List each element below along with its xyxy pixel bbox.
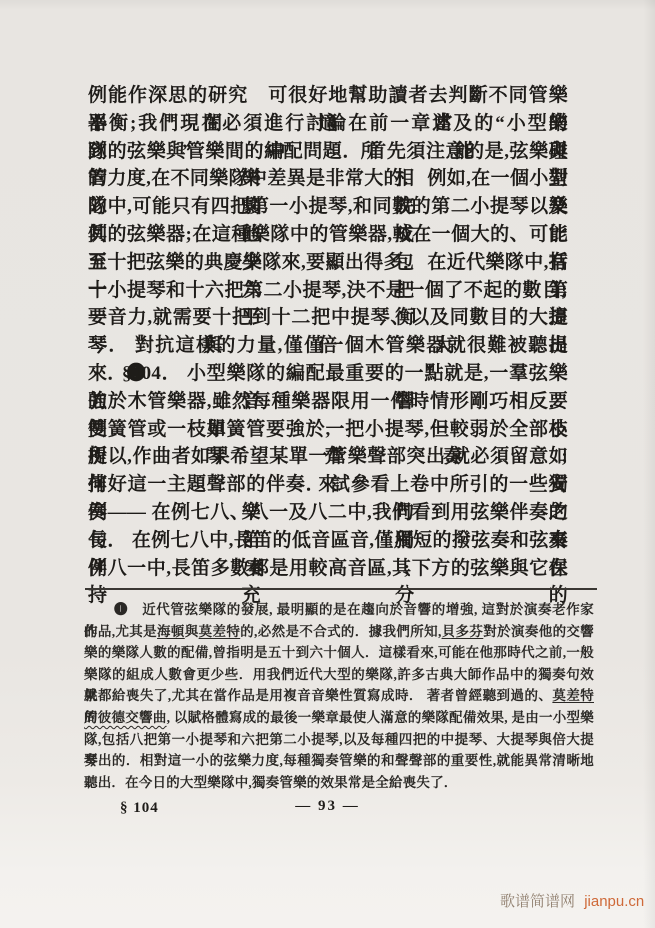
footnote-line: 隊,包括八把第一小提琴和六把第二小提琴,以及每種四把的中提琴、大提琴與倍大提琴 — [84, 729, 594, 751]
text-line: 排好這一主題聲部的伴奏． 試參看上卷中所引的一些獨奏樂句之 — [88, 471, 568, 499]
text-line: 雙簧管或一枝單簧管要強於一把小提琴,但較弱於全部小提琴齊奏; — [88, 416, 568, 444]
footnote-line: 周彼德交響曲, 以賦格體寫成的最後一樂章最使人滿意的樂隊配備效果, 是由一小型樂 — [84, 707, 594, 729]
footnote-text-segment: 作品,尤其是 — [84, 624, 157, 639]
text-line: 所以,作曲者如果希望某單一管樂聲部突出,就必須留意如何來安 — [88, 443, 568, 471]
main-text-block: 例能作深思的研究 可很好地幫助讀者去判斷不同管樂器間適當的 平衡;我們現在必須進… — [88, 82, 568, 582]
footnote-line: 聽出．在今日的大型樂隊中,獨奏管樂的效果常是全給喪失了． — [84, 772, 594, 794]
scanned-book-page: 例能作深思的研究 可很好地幫助讀者去判斷不同管樂器間適當的 平衡;我們現在必須進… — [0, 0, 655, 928]
text-line-section-start: §104． 小型樂隊的編配最重要的一點就是,一羣弦樂的音響要 — [88, 360, 568, 388]
footer-section-label: § 104 — [120, 800, 159, 817]
footnote-text-segment: 對於演奏他的交響 — [483, 624, 594, 639]
text-line: 句． 在例七八中,長笛的低音區音,僅用短的撥弦奏和弦來伴奏;在 — [88, 527, 568, 555]
footnote-divider-rule — [85, 588, 597, 590]
text-line: 隊中,可能只有四把第一小提琴,和同數的第二小提琴以及其他成比 — [88, 193, 568, 221]
footnote-text-segment: 就都給喪失了,尤其在當作品是用複音音樂性質寫成時． 著者曾經聽到過的、 — [84, 688, 552, 703]
footnote-line: 奏出的．相對這一小的弦樂力度,每種獨奏管樂的和聲聲部的重要性,就能異常清晰地 — [84, 750, 594, 772]
footnote-text-segment: 海頓 — [157, 624, 185, 639]
footnote-line: ❶ 近代管弦樂隊的發展, 最明顯的是在趨向於音響的增強, 這對於演奏老作家的 — [84, 599, 594, 621]
footnote-text-segment: 莫差特 — [552, 688, 594, 703]
text-line: 一小提琴和十六把第二小提琴,決不是一個了不起的數目;要平衡這 — [88, 277, 568, 305]
text-line: 例八一中,長笛多數都是用較高音區,其下方的弦樂與它保持充分的 — [88, 555, 568, 583]
footnote-text-segment: 周彼德交響曲 — [84, 710, 167, 725]
text-line: 強於木管樂器,雖然每種樂器限用一件時情形剛巧相反．例如,一枝 — [88, 388, 568, 416]
watermark-site-url: jianpu.cn — [584, 893, 644, 910]
footnote-text-segment: 與 — [185, 624, 199, 639]
watermark-site-name: 歌谱简谱网 — [500, 893, 575, 910]
text-line: 平衡;我們現在必須進行討論在前一章述及的“小型樂隊”中所能碰 — [88, 110, 568, 138]
footnote-line: 作品,尤其是海頓與莫差特的,必然是不合式的．據我們所知,貝多芬對於演奏他的交響 — [84, 621, 594, 643]
text-line: 例能作深思的研究 可很好地幫助讀者去判斷不同管樂器間適當的 — [88, 82, 568, 110]
footer-page-number: — 93 — — [0, 798, 655, 815]
page-footer: — 93 — § 104 — [0, 800, 655, 820]
footnote-text-segment: 貝多芬 — [442, 624, 484, 639]
text-line: 例的弦樂器;在這種樂隊中的管樂器,較在一個大的、可能至少包括 — [88, 221, 568, 249]
text-line: 五十把弦樂的典慶樂隊來,要顯出得多． 在近代樂隊中,有十六把第 — [88, 249, 568, 277]
text-line: 到的弦樂與管樂間的編配問題． 首先須注意的是,弦樂與管樂相對 — [88, 138, 568, 166]
footnote-line: 就都給喪失了,尤其在當作品是用複音音樂性質寫成時． 著者曾經聽到過的、莫差特的 — [84, 685, 594, 707]
watermark: 歌谱简谱网 jianpu.cn — [500, 890, 644, 911]
footnote-line: 樂的樂隊人數的配備,曾指明是五十到六十個人．這樣看來,可能在他那時代之前,一般 — [84, 642, 594, 664]
footnote-text-segment: 樂的樂隊人數的配備,曾指明是五十到六十個人．這樣看來,可能在他那時代之前,一般 — [84, 645, 594, 660]
text-line: 的力度,在不同樂隊中差異是非常大的． 例如,在一個小型的劇院樂 — [88, 165, 568, 193]
footnote-text-segment: 聽出．在今日的大型樂隊中,獨奏管樂的效果常是全給喪失了． — [84, 775, 457, 790]
footnote-block: ❶ 近代管弦樂隊的發展, 最明顯的是在趨向於音響的增強, 這對於演奏老作家的 作… — [84, 599, 594, 793]
text-line-paragraph-end: 琴． 對抗這樣的力量,僅僅一個木管樂器就很難被聽出來．❶ — [88, 332, 568, 360]
text-line: 一音力,就需要十把到十二把中提琴、以及同數目的大提琴與倍大提 — [88, 304, 568, 332]
footnote-line: 樂隊的組成人數會更少些．用我們近代大型的樂隊,許多古典大師作品中的獨奏句效果 — [84, 664, 594, 686]
text-line: 例—— 在例七八、八一及八二中,我們看到用弦樂伴奏的長笛獨奏 — [88, 499, 568, 527]
footnote-text-segment: , 以賦格體寫成的最後一樂章最使人滿意的樂隊配備效果, 是由一小型樂 — [167, 710, 594, 725]
footnote-text-segment: 莫差特 — [199, 624, 241, 639]
footnote-text-segment: 的,必然是不合式的．據我們所知, — [240, 624, 441, 639]
footnote-text-segment: 奏出的．相對這一小的弦樂力度,每種獨奏管樂的和聲聲部的重要性,就能異常清晰地 — [84, 753, 594, 768]
